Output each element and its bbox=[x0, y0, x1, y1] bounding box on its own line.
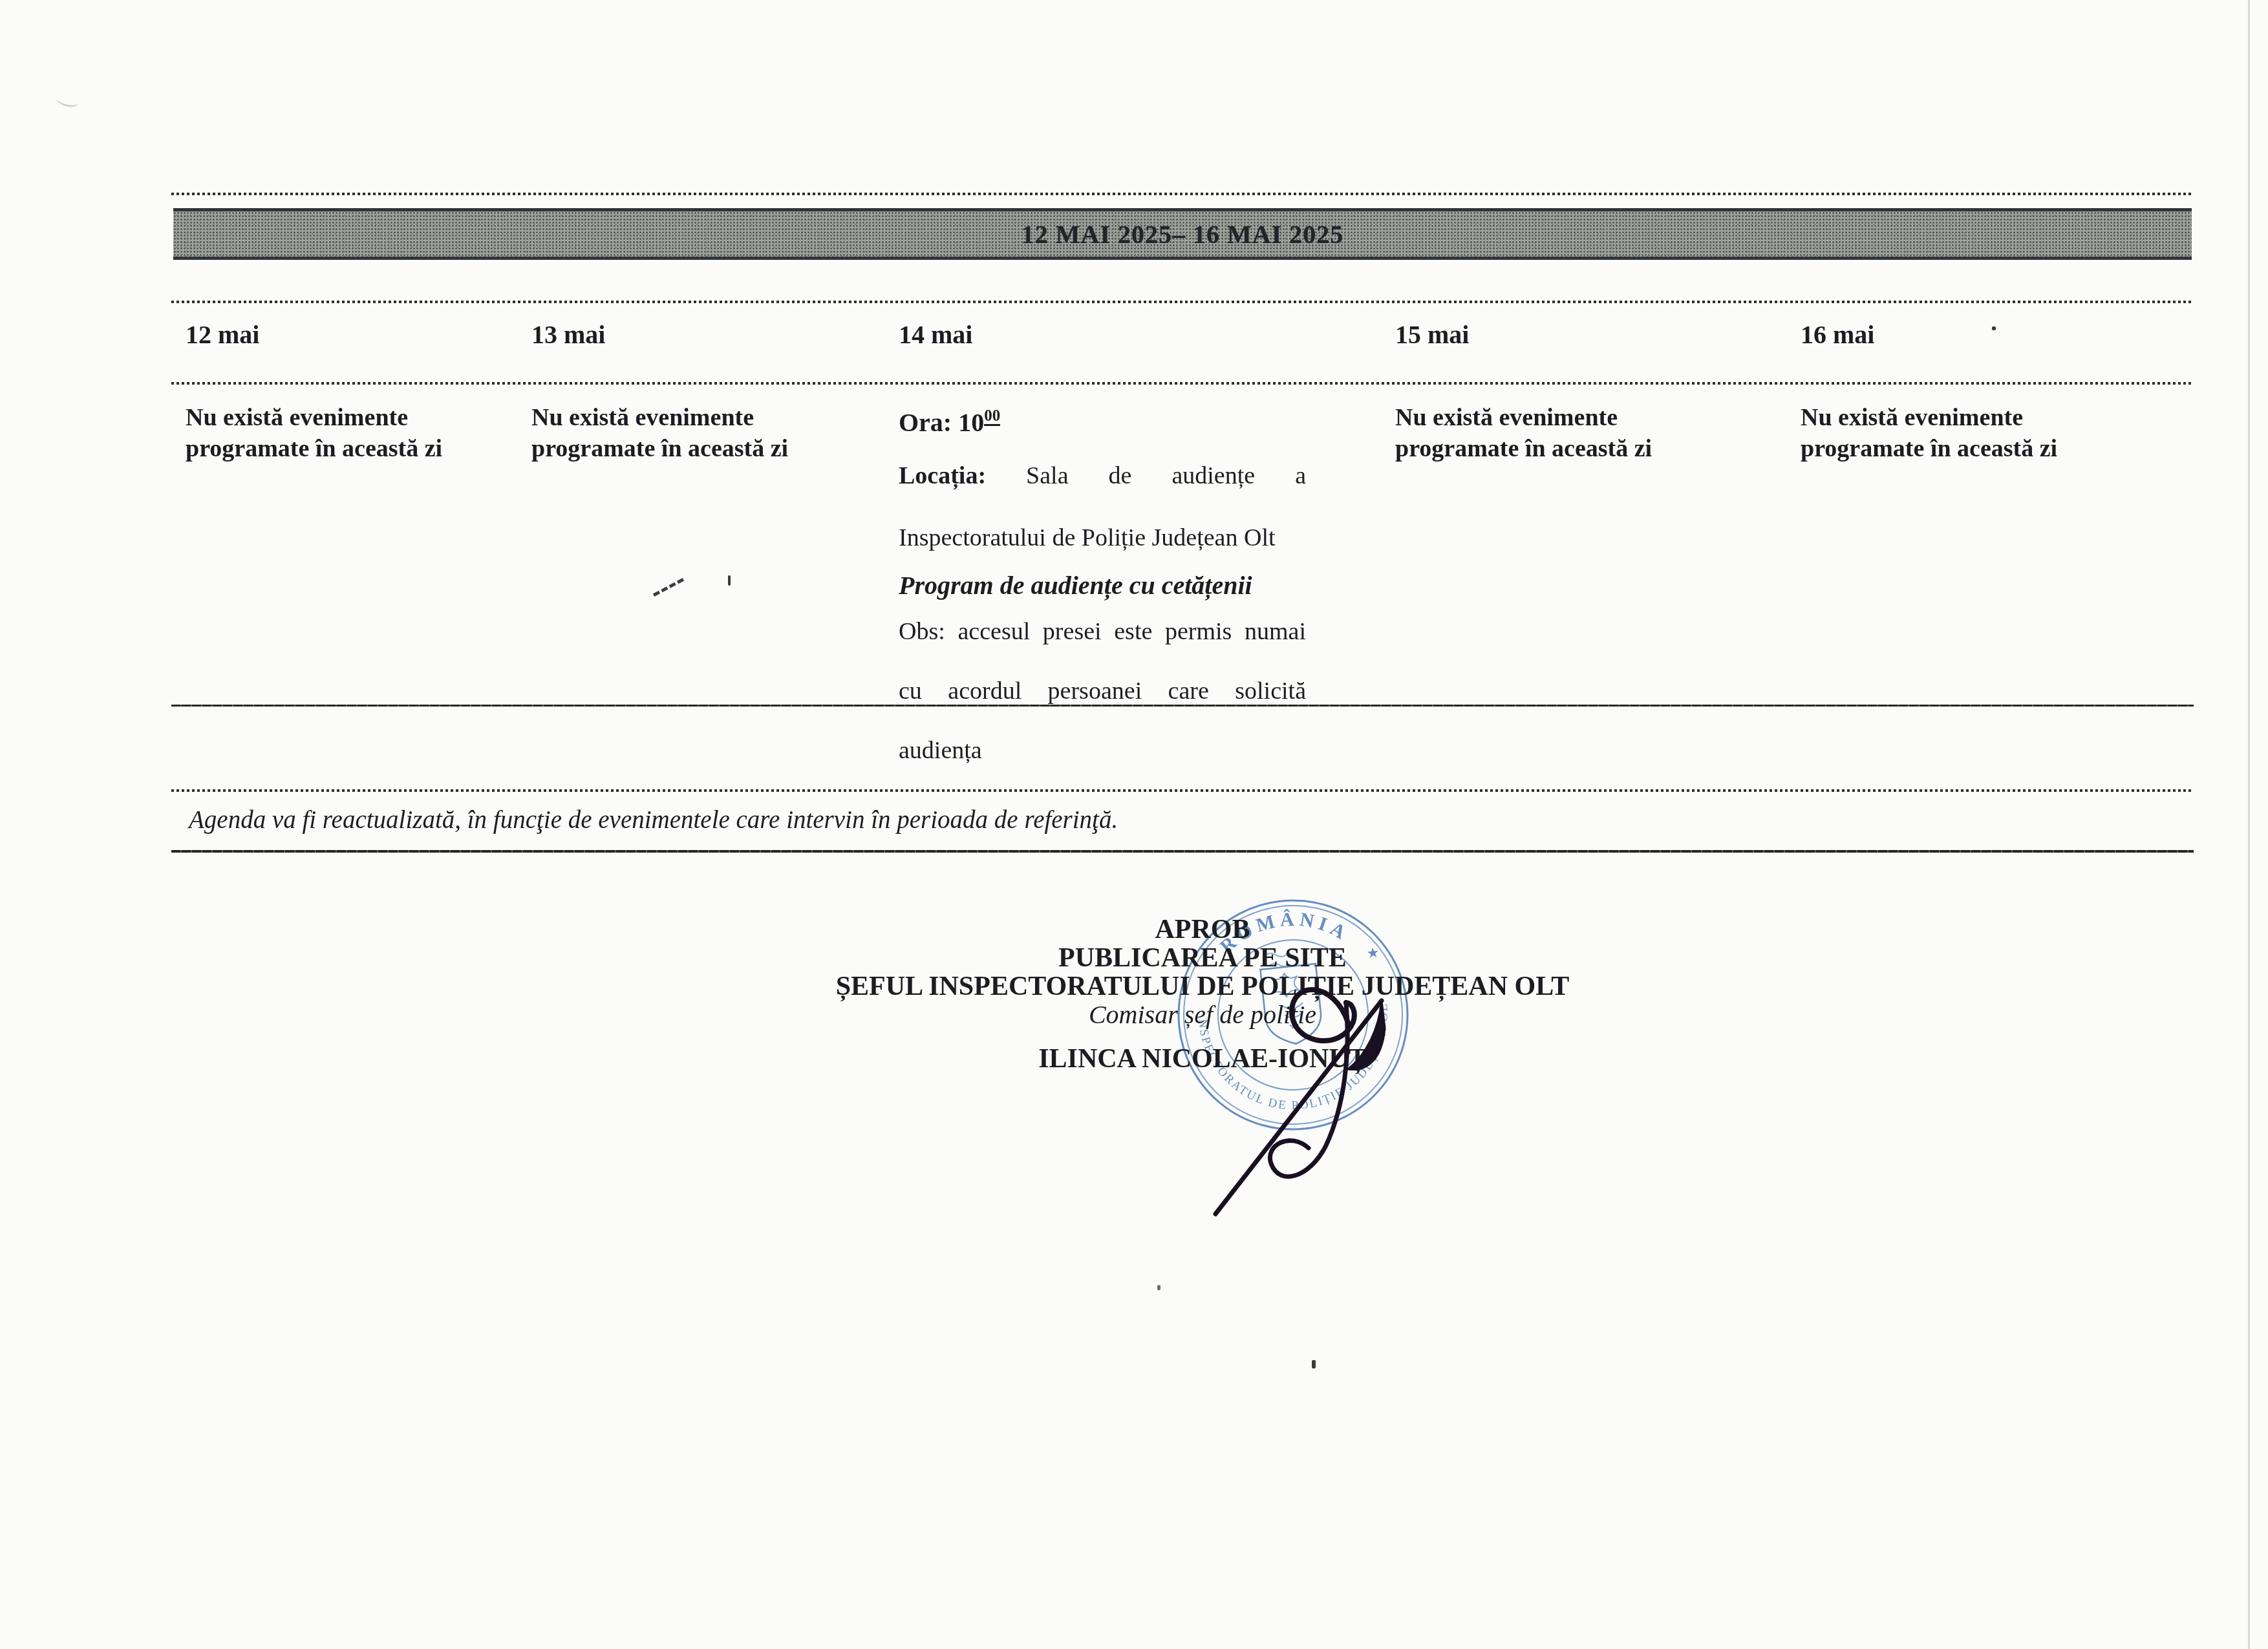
event-time-label: Ora: bbox=[899, 408, 952, 437]
day-header-12-mai: 12 mai bbox=[186, 319, 259, 350]
event-observation: Obs: accesul presei este permis numai cu… bbox=[899, 617, 1306, 765]
pen-mark bbox=[653, 578, 684, 597]
footnote: Agenda va fi reactualizată, în funcţie d… bbox=[189, 805, 2161, 835]
event-time: Ora: 1000 bbox=[899, 407, 1306, 438]
cell-12-mai-no-events: Nu există evenimente programate în aceas… bbox=[186, 402, 483, 464]
period-banner-title: 12 MAI 2025– 16 MAI 2025 bbox=[1022, 219, 1343, 250]
event-time-superscript: 00 bbox=[984, 409, 1000, 426]
day-header-16-mai: 16 mai bbox=[1801, 319, 1874, 350]
event-observation-line2: cu acordul persoanei care solicită bbox=[899, 676, 1306, 736]
event-observation-line3: audiența bbox=[899, 736, 1306, 765]
rule-below-day-headers bbox=[171, 382, 2194, 385]
event-time-value: 10 bbox=[958, 408, 984, 437]
no-events-line: Nu există evenimente bbox=[186, 402, 483, 433]
scanned-agenda-page: 12 MAI 2025– 16 MAI 2025 12 mai 13 mai 1… bbox=[0, 0, 2268, 1649]
event-location-line1: Locația: Sala de audiențe a bbox=[899, 460, 1306, 522]
scan-speck bbox=[728, 575, 731, 586]
event-observation-line1: Obs: accesul presei este permis numai bbox=[899, 617, 1306, 676]
event-location-line1-text: Sala de audiențe a bbox=[1026, 462, 1306, 489]
event-location-line2: Inspectoratului de Poliție Județean Olt bbox=[899, 522, 1306, 553]
cell-15-mai-no-events: Nu există evenimente programate în aceas… bbox=[1395, 402, 1693, 464]
rule-above-day-headers bbox=[171, 301, 2194, 303]
event-location-label: Locația: bbox=[899, 462, 986, 489]
no-events-line: Nu există evenimente bbox=[1801, 402, 2098, 433]
no-events-line: Nu există evenimente bbox=[531, 402, 829, 433]
cell-13-mai-no-events: Nu există evenimente programate în aceas… bbox=[531, 402, 829, 464]
scan-speck bbox=[1992, 326, 1996, 330]
day-header-15-mai: 15 mai bbox=[1395, 319, 1469, 350]
scan-scratch bbox=[56, 92, 80, 109]
event-location: Locația: Sala de audiențe a Inspectoratu… bbox=[899, 460, 1306, 553]
no-events-line: programate în această zi bbox=[1801, 433, 2098, 464]
day-header-14-mai: 14 mai bbox=[899, 319, 972, 350]
period-banner: 12 MAI 2025– 16 MAI 2025 bbox=[173, 208, 2192, 260]
handwritten-signature bbox=[1193, 918, 1406, 1228]
rule-footnote-top bbox=[171, 789, 2194, 792]
no-events-line: programate în această zi bbox=[531, 433, 829, 464]
no-events-line: programate în această zi bbox=[186, 433, 483, 464]
day-header-13-mai: 13 mai bbox=[531, 319, 605, 350]
cell-16-mai-no-events: Nu există evenimente programate în aceas… bbox=[1801, 402, 2098, 464]
scan-speck bbox=[1312, 1360, 1316, 1368]
no-events-line: programate în această zi bbox=[1395, 433, 1693, 464]
scan-page-edge bbox=[2248, 0, 2250, 1649]
scan-speck bbox=[1157, 1285, 1161, 1290]
rule-top bbox=[171, 193, 2194, 195]
cell-14-mai-event: Ora: 1000 Locația: Sala de audiențe a In… bbox=[899, 407, 1306, 765]
event-program: Program de audiențe cu cetățenii bbox=[899, 570, 1306, 601]
rule-footnote-bottom bbox=[171, 850, 2194, 853]
no-events-line: Nu există evenimente bbox=[1395, 402, 1693, 433]
